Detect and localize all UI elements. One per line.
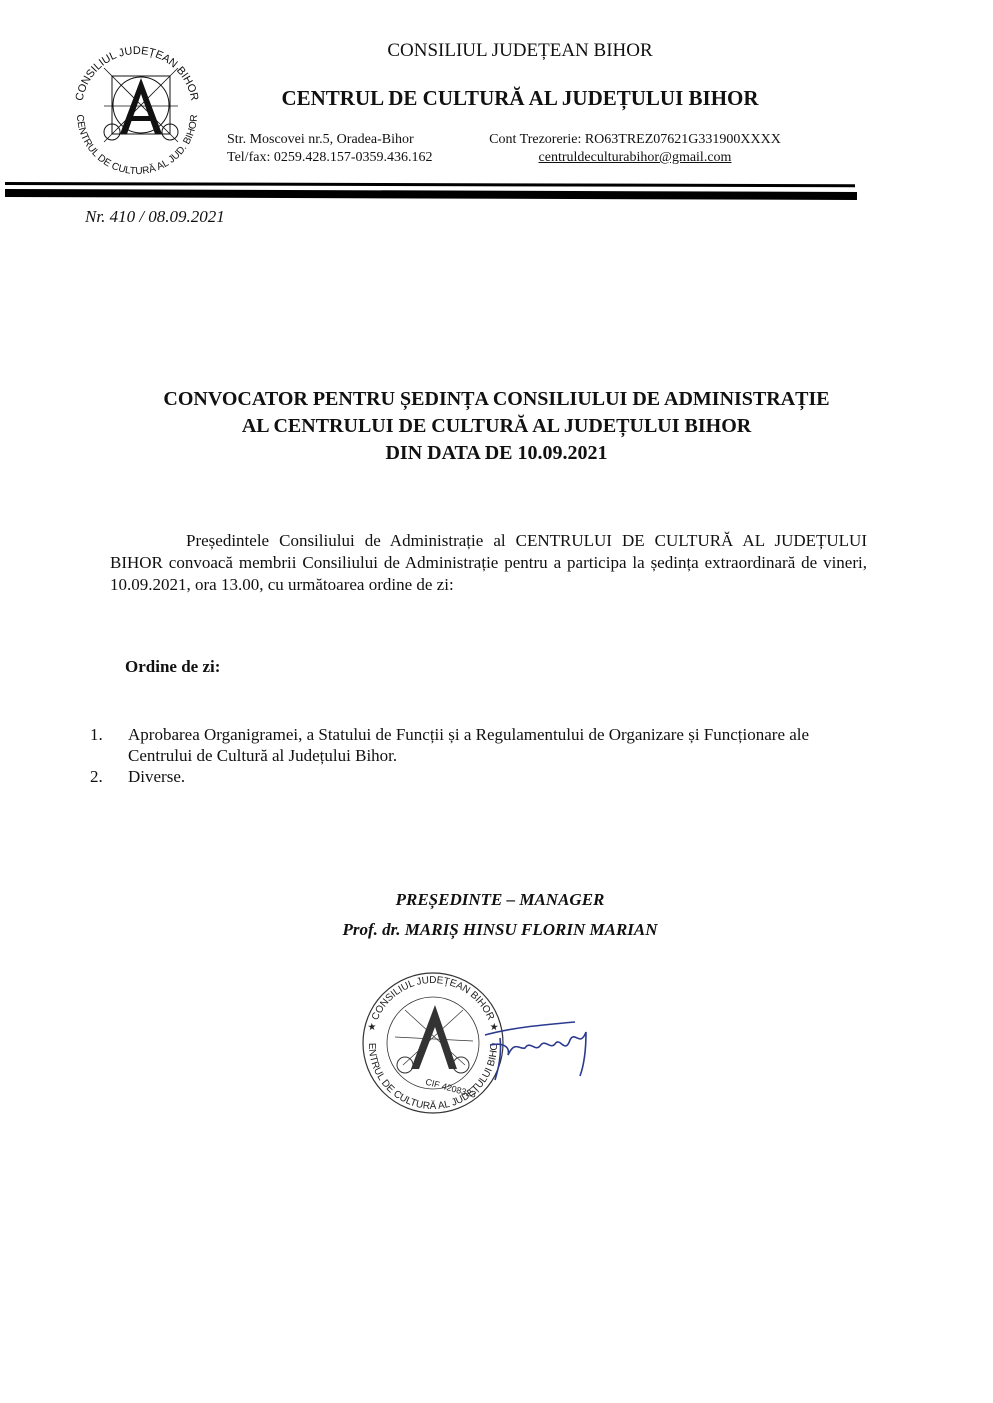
phone: Tel/fax: 0259.428.157-0359.436.162 — [227, 149, 433, 167]
agenda-list: 1. Aprobarea Organigramei, a Statului de… — [90, 724, 870, 787]
title-line: AL CENTRULUI DE CULTURĂ AL JUDEȚULUI BIH… — [100, 413, 893, 440]
council-name: CONSILIUL JUDEȚEAN BIHOR — [220, 40, 820, 62]
address: Str. Moscovei nr.5, Oradea-Bihor — [227, 131, 433, 149]
email-link[interactable]: centruldeculturabihor@gmail.com — [470, 149, 800, 167]
svg-text:CENTRUL DE CULTURĂ AL JUD. BIH: CENTRUL DE CULTURĂ AL JUD. BIHOR — [74, 114, 200, 177]
signatory-name: Prof. dr. MARIȘ HINSU FLORIN MARIAN — [300, 920, 700, 940]
agenda-item-number: 2. — [90, 766, 128, 787]
header-divider-thin — [5, 182, 855, 187]
header-divider-thick — [5, 189, 857, 200]
agenda-heading: Ordine de zi: — [125, 657, 220, 677]
title-line: DIN DATA DE 10.09.2021 — [100, 440, 893, 467]
account-block: Cont Trezorerie: RO63TREZ07621G331900XXX… — [470, 131, 800, 167]
address-block: Str. Moscovei nr.5, Oradea-Bihor Tel/fax… — [227, 131, 433, 167]
svg-text:CIF 4208323: CIF 4208323 — [424, 1077, 477, 1100]
document-number: Nr. 410 / 08.09.2021 — [85, 207, 225, 227]
agenda-item-number: 1. — [90, 724, 128, 766]
document-title: CONVOCATOR PENTRU ȘEDINȚA CONSILIULUI DE… — [100, 386, 893, 467]
agenda-item: 2. Diverse. — [90, 766, 870, 787]
handwritten-signature — [480, 1010, 600, 1090]
treasury-account: Cont Trezorerie: RO63TREZ07621G331900XXX… — [470, 131, 800, 149]
institution-logo: CONSILIUL JUDEȚEAN BIHOR CENTRUL DE CULT… — [62, 34, 212, 184]
paragraph-text: Președintele Consiliului de Administrați… — [110, 531, 867, 594]
agenda-item-text: Diverse. — [128, 766, 185, 787]
title-line: CONVOCATOR PENTRU ȘEDINȚA CONSILIULUI DE… — [100, 386, 893, 413]
signatory-role: PREȘEDINTE – MANAGER — [300, 890, 700, 910]
institution-name: CENTRUL DE CULTURĂ AL JUDEȚULUI BIHOR — [220, 86, 820, 111]
agenda-item-text: Aprobarea Organigramei, a Statului de Fu… — [128, 724, 870, 766]
convocation-paragraph: Președintele Consiliului de Administrați… — [110, 530, 867, 596]
agenda-item: 1. Aprobarea Organigramei, a Statului de… — [90, 724, 870, 766]
